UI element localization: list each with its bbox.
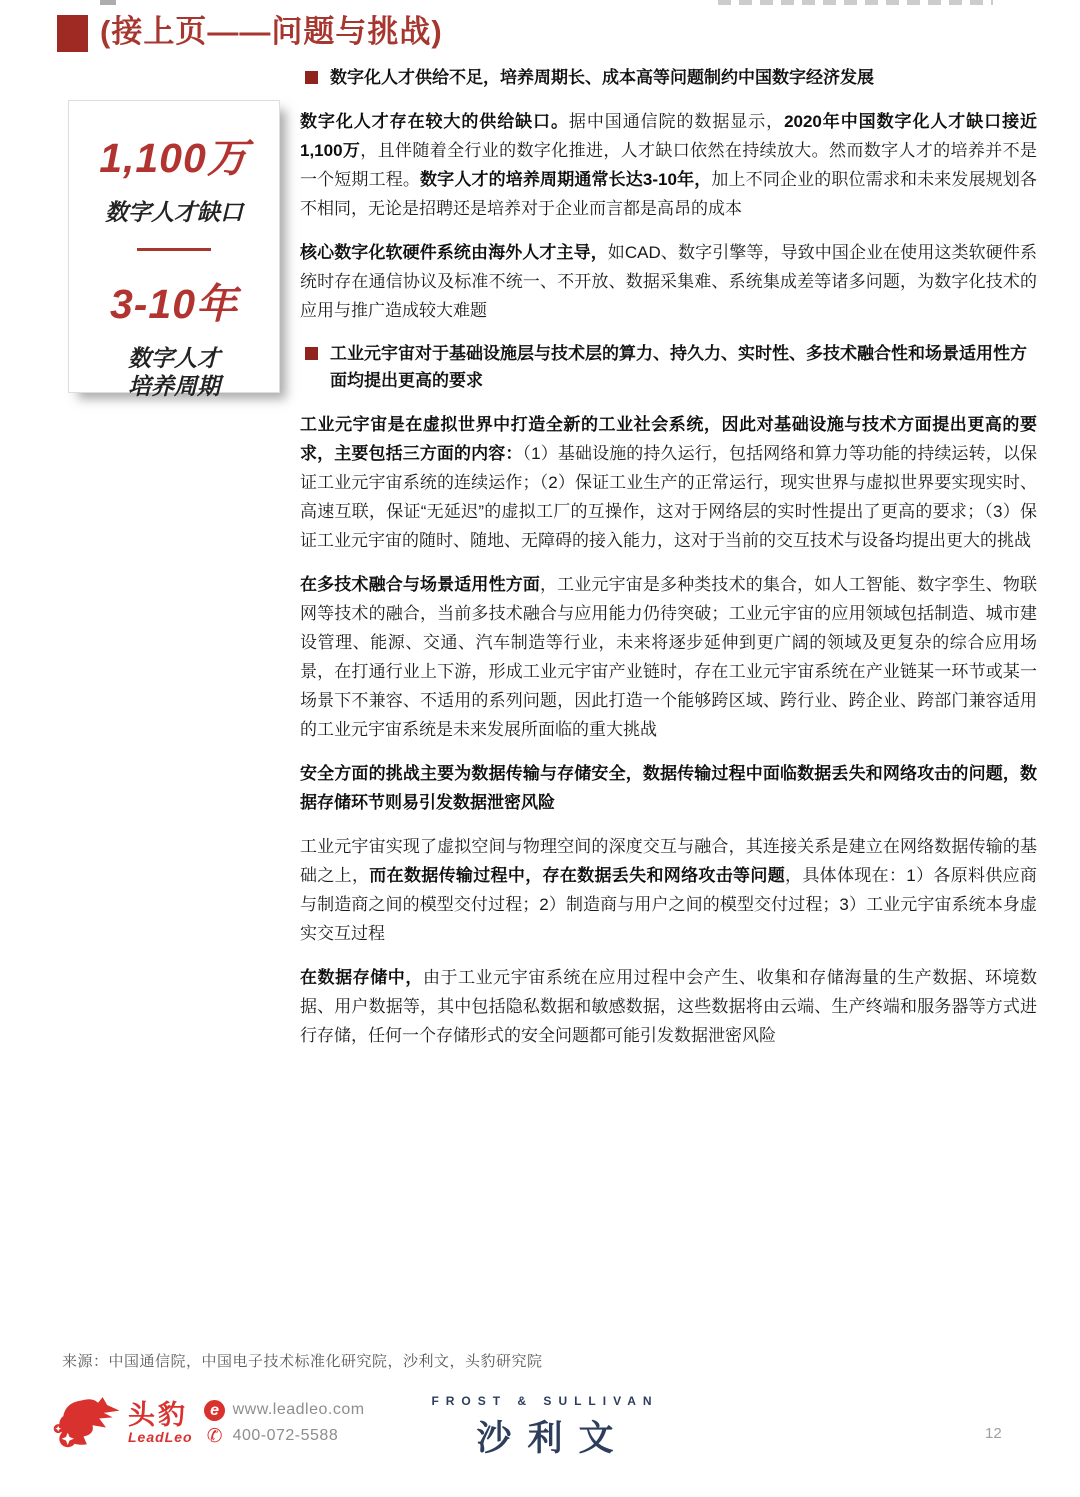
page-title: (接上页——问题与挑战) (100, 12, 443, 52)
report-page: (接上页——问题与挑战) 1,100万 数字人才缺口 3-10年 数字人才 培养… (0, 0, 1080, 1497)
bullet-heading-infrastructure: 工业元宇宙对于基础设施层与技术层的算力、持久力、实时性、多技术融合性和场景适用性… (300, 340, 1037, 394)
bullet-square-icon (305, 71, 318, 84)
page-number: 12 (985, 1425, 1002, 1442)
paragraph-core-systems: 核心数字化软硬件系统由海外人才主导，如CAD、数字引擎等，导致中国企业在使用这类… (300, 238, 1037, 325)
stat-talent-gap-value: 1,100万 (69, 125, 279, 184)
bullet-heading-text: 工业元宇宙对于基础设施层与技术层的算力、持久力、实时性、多技术融合性和场景适用性… (330, 340, 1037, 394)
source-note: 来源：中国通信院，中国电子技术标准化研究院，沙利文，头豹研究院 (62, 1350, 543, 1371)
footer-brand-area: 头豹 LeadLeo e www.leadleo.com ✆ 400-072-5… (52, 1392, 365, 1454)
phone-row: ✆ 400-072-5588 (203, 1423, 365, 1449)
brand-name-cn: 头豹 (128, 1401, 193, 1429)
frost-sullivan-wordmark-cn: 沙利文 (400, 1411, 690, 1461)
bullet-heading-text: 数字化人才供给不足，培养周期长、成本高等问题制约中国数字经济发展 (330, 64, 874, 91)
cropped-header-remnant (718, 0, 993, 5)
phone-icon: ✆ (203, 1425, 227, 1448)
stat-training-period-label: 数字人才 培养周期 (69, 344, 279, 400)
browser-icon: e (203, 1400, 227, 1421)
website-text: www.leadleo.com (233, 1401, 365, 1419)
title-square-marker-icon (57, 15, 88, 52)
stat-training-period-value: 3-10年 (69, 271, 279, 330)
section-title-row: (接上页——问题与挑战) (57, 12, 443, 52)
stat-divider (137, 248, 211, 251)
leadleo-leopard-logo-icon (52, 1392, 124, 1454)
bullet-square-icon (305, 347, 318, 360)
paragraph-data-storage: 在数据存储中，由于工业元宇宙系统在应用过程中会产生、收集和存储海量的生产数据、环… (300, 963, 1037, 1050)
stat-training-period-label-line1: 数字人才 (69, 344, 279, 372)
stat-talent-gap-label: 数字人才缺口 (69, 198, 279, 226)
frost-sullivan-logo: FROST & SULLIVAN 沙利文 (400, 1394, 690, 1461)
paragraph-security-challenge: 安全方面的挑战主要为数据传输与存储安全，数据传输过程中面临数据丢失和网络攻击的问… (300, 759, 1037, 817)
paragraph-infrastructure-requirements: 工业元宇宙是在虚拟世界中打造全新的工业社会系统，因此对基础设施与技术方面提出更高… (300, 410, 1037, 555)
paragraph-talent-gap: 数字化人才存在较大的供给缺口。据中国通信院的数据显示，2020年中国数字化人才缺… (300, 107, 1037, 223)
brand-name-en: LeadLeo (128, 1429, 193, 1445)
paragraph-multi-tech-fusion: 在多技术融合与场景适用性方面，工业元宇宙是多种类技术的集合，如人工智能、数字孪生… (300, 570, 1037, 744)
frost-sullivan-wordmark-en: FROST & SULLIVAN (400, 1394, 690, 1408)
main-content: 数字化人才供给不足，培养周期长、成本高等问题制约中国数字经济发展 数字化人才存在… (300, 64, 1037, 1065)
contact-block: e www.leadleo.com ✆ 400-072-5588 (203, 1397, 365, 1449)
stat-highlight-card: 1,100万 数字人才缺口 3-10年 数字人才 培养周期 (68, 100, 280, 393)
stat-training-period-label-line2: 培养周期 (69, 372, 279, 400)
cropped-header-remnant-left (100, 0, 116, 5)
paragraph-data-transmission: 工业元宇宙实现了虚拟空间与物理空间的深度交互与融合，其连接关系是建立在网络数据传… (300, 832, 1037, 948)
brand-text-block: 头豹 LeadLeo (128, 1401, 193, 1445)
bullet-heading-talent-supply: 数字化人才供给不足，培养周期长、成本高等问题制约中国数字经济发展 (300, 64, 1037, 91)
phone-number-text: 400-072-5588 (233, 1427, 339, 1445)
website-row: e www.leadleo.com (203, 1397, 365, 1423)
